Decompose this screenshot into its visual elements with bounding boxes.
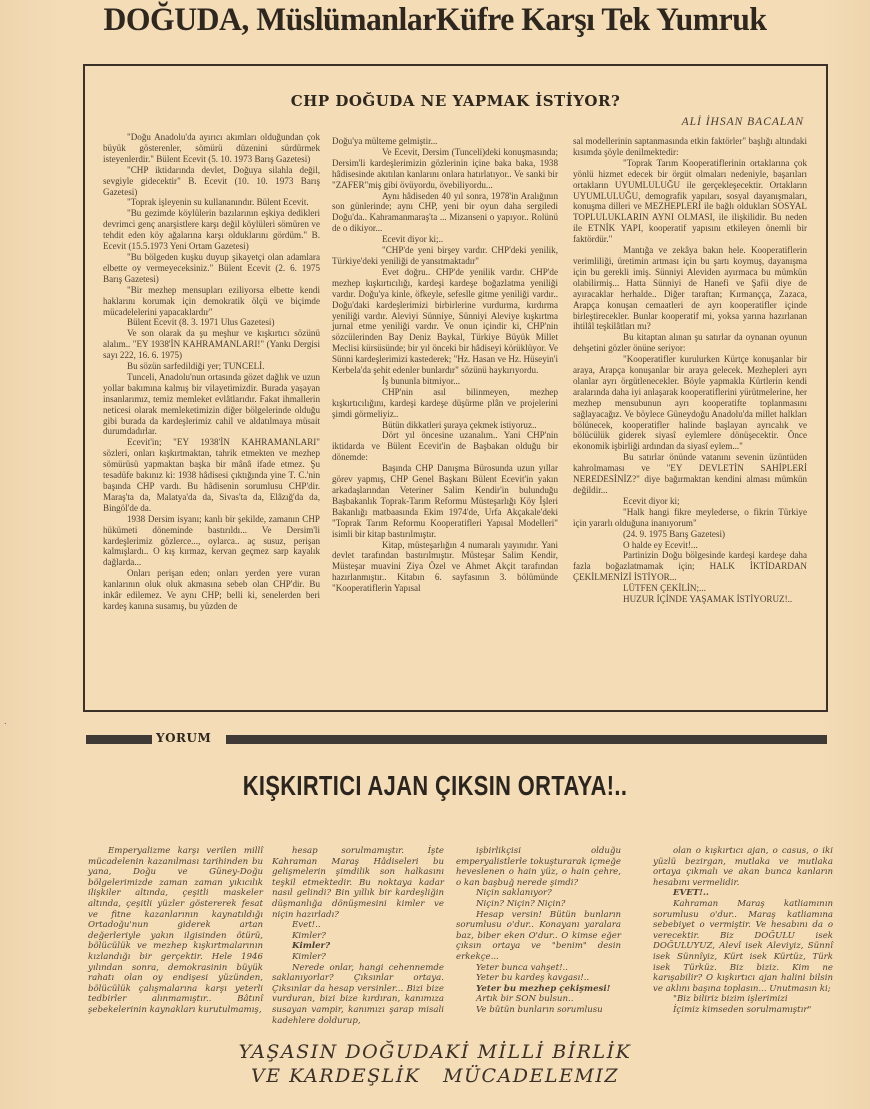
commentary-column-4: olan o kışkırtıcı ajan, o casus, o iki y… bbox=[653, 846, 833, 1016]
paragraph: O halde ey Ecevit!... bbox=[573, 540, 807, 551]
page-headline: DOĞUDA, MüslümanlarKüfre Karşı Tek Yumru… bbox=[17, 2, 852, 39]
paragraph: Yeter bunca vahşet!.. bbox=[456, 963, 621, 974]
paragraph: Yeter bu mezhep çekişmesi! bbox=[456, 984, 621, 995]
paragraph: Doğu'ya mülteme gelmiştir... bbox=[332, 136, 558, 147]
article-box-chp: CHP DOĞUDA NE YAPMAK İSTİYOR? ALİ İHSAN … bbox=[83, 64, 828, 712]
paragraph: Tunceli, Anadolu'nun ortasında gözet dağ… bbox=[103, 372, 320, 437]
paragraph: Kimler? bbox=[272, 931, 444, 942]
paragraph: Ve bütün bunların sorumlusu bbox=[456, 1005, 621, 1016]
paragraph: Ve Ecevit, Dersim (Tunceli)deki konuşmas… bbox=[332, 147, 558, 191]
paragraph: hesap sorulmamıştır. İşte Kahraman Maraş… bbox=[272, 846, 444, 920]
paragraph: EVET!.. bbox=[653, 888, 833, 899]
paragraph: CHP'nin asıl bilinmeyen, mezhep kışkırtı… bbox=[332, 387, 558, 420]
paragraph: Başında CHP Danışma Bürosunda uzun yılla… bbox=[332, 463, 558, 539]
paragraph: "CHP'de yeni birşey vardır. CHP'deki yen… bbox=[332, 245, 558, 267]
commentary-title: KIŞKIRTICI AJAN ÇIKSIN ORTAYA!.. bbox=[96, 770, 775, 802]
paragraph: Niçin? Niçin? Niçin? bbox=[456, 899, 621, 910]
paragraph: Dört yıl öncesine uzanalım.. Yani CHP'ni… bbox=[332, 430, 558, 463]
paragraph: Bu satırlar önünde vatanını sevenin üzün… bbox=[573, 452, 807, 496]
paragraph: Ecevit diyor ki;.. bbox=[332, 234, 558, 245]
article-column-2: Doğu'ya mülteme gelmiştir...Ve Ecevit, D… bbox=[332, 136, 558, 594]
paragraph: Partinizin Doğu bölgesinde kardeşi karde… bbox=[573, 550, 807, 583]
paragraph: sal modellerinin saptanmasında etkin fak… bbox=[573, 136, 807, 158]
paragraph: "Doğu Anadolu'da ayırıcı akımları olduğu… bbox=[103, 132, 320, 165]
paragraph: işbirlikçisi olduğu emperyalistlerle tok… bbox=[456, 846, 621, 888]
paragraph: Bülent Ecevit (8. 3. 1971 Ulus Gazetesi) bbox=[103, 317, 320, 328]
paragraph: Kimler? bbox=[272, 941, 444, 952]
closing-slogan: YAŞASIN DOĞUDAKİ MİLLİ BİRLİK VE KARDEŞL… bbox=[0, 1040, 870, 1088]
paragraph: Ve son olarak da şu meşhur ve kışkırtıcı… bbox=[103, 328, 320, 361]
paragraph: Yeter bu kardeş kavgası!.. bbox=[456, 973, 621, 984]
paragraph: Onları perişan eden; onları yerden yere … bbox=[103, 568, 320, 612]
paragraph: Niçin saklanıyor? bbox=[456, 888, 621, 899]
commentary-column-3: işbirlikçisi olduğu emperyalistlerle tok… bbox=[456, 846, 621, 1016]
paragraph: "Kooperatifler kurulurken Kürtçe konuşan… bbox=[573, 354, 807, 452]
paragraph: Nerede onlar, hangi cehennemde saklanıyo… bbox=[272, 963, 444, 1027]
article-title: CHP DOĞUDA NE YAPMAK İSTİYOR? bbox=[85, 92, 826, 110]
paragraph: 1938 Dersim isyanı; kanlı bir şekilde, z… bbox=[103, 514, 320, 569]
paragraph: Evet doğru.. CHP'de yenilik vardır. CHP'… bbox=[332, 267, 558, 376]
paragraph: "CHP iktidarında devlet, Doğuya silahla … bbox=[103, 165, 320, 198]
paragraph: (24. 9. 1975 Barış Gazetesi) bbox=[573, 529, 807, 540]
paragraph: olan o kışkırtıcı ajan, o casus, o iki y… bbox=[653, 846, 833, 888]
paragraph: Hesap versin! Bütün bunların sorumlusu o… bbox=[456, 910, 621, 963]
paragraph: Kimler? bbox=[272, 952, 444, 963]
article-author: ALİ İHSAN BACALAN bbox=[682, 116, 804, 128]
paragraph: İçimiz kimseden sorulmamıştır" bbox=[653, 1005, 833, 1016]
paragraph: Kahraman Maraş katliamının sorumlusu o'd… bbox=[653, 899, 833, 994]
paragraph: Bu kitaptan alınan şu satırlar da oynana… bbox=[573, 332, 807, 354]
section-label: YORUM bbox=[156, 731, 211, 745]
paragraph: "Halk hangi fikre meylederse, o fikrin T… bbox=[573, 507, 807, 529]
paragraph: "Toprak işleyenin su kullananındır. Büle… bbox=[103, 197, 320, 208]
paragraph: Bu sözün sarfedildiği yer; TUNCELİ. bbox=[103, 361, 320, 372]
slogan-line-2: VE KARDEŞLİK MÜCADELEMIZ bbox=[0, 1064, 870, 1088]
slogan-line-1: YAŞASIN DOĞUDAKİ MİLLİ BİRLİK bbox=[0, 1040, 870, 1064]
paragraph: HUZUR İÇİNDE YAŞAMAK İSTİYORUZ!.. bbox=[573, 594, 807, 605]
paragraph: Ecevit'in; "EY 1938'İN KAHRAMANLARI" söz… bbox=[103, 437, 320, 513]
paragraph: Ecevit diyor ki; bbox=[573, 496, 807, 507]
article-column-1: "Doğu Anadolu'da ayırıcı akımları olduğu… bbox=[103, 132, 320, 612]
paragraph: "Bu bölgeden kuşku duyup şikayetçi olan … bbox=[103, 252, 320, 285]
paragraph: "Biz biliriz bizim işlerimizi bbox=[653, 994, 833, 1005]
margin-mark: . bbox=[4, 717, 7, 726]
article-column-3: sal modellerinin saptanmasında etkin fak… bbox=[573, 136, 807, 605]
paragraph: Bütün dikkatleri şuraya çekmek istiyoruz… bbox=[332, 420, 558, 431]
paragraph: Emperyalizme karşı verilen millî mücadel… bbox=[88, 846, 263, 1016]
paragraph: Aynı hâdiseden 40 yıl sonra, 1978'in Ara… bbox=[332, 191, 558, 235]
paragraph: LÜTFEN ÇEKİLİN;... bbox=[573, 583, 807, 594]
paragraph: "Toprak Tarım Kooperatiflerinin ortaklar… bbox=[573, 158, 807, 245]
paragraph: "Bu gezimde köylülerin bazılarının eşkiy… bbox=[103, 208, 320, 252]
section-rule-left bbox=[86, 735, 152, 744]
paragraph: Mantığa ve zekâya bakın hele. Kooperatif… bbox=[573, 245, 807, 332]
section-rule-right bbox=[226, 735, 827, 744]
paragraph: Artık bir SON bulsun.. bbox=[456, 994, 621, 1005]
commentary-column-2: hesap sorulmamıştır. İşte Kahraman Maraş… bbox=[272, 846, 444, 1026]
commentary-column-1: Emperyalizme karşı verilen millî mücadel… bbox=[88, 846, 263, 1016]
paragraph: İş bununla bitmiyor... bbox=[332, 376, 558, 387]
paragraph: Evet!.. bbox=[272, 920, 444, 931]
paragraph: Kitap, müsteşarlığın 4 numaralı yayınıdı… bbox=[332, 540, 558, 595]
paragraph: "Bir mezhep mensupları eziliyorsa elbett… bbox=[103, 285, 320, 318]
